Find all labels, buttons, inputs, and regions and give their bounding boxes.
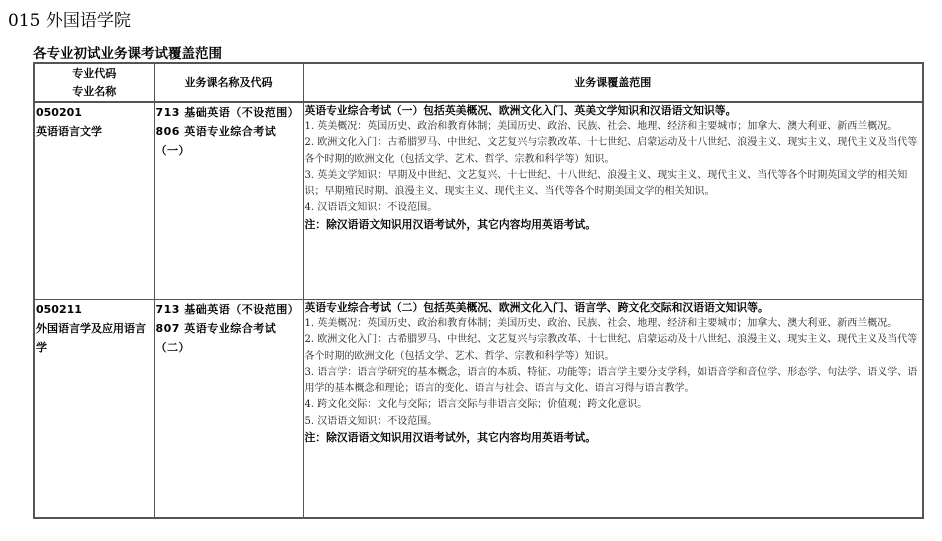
header-course: 业务课名称及代码 <box>154 63 303 102</box>
scope-item: 1. 英美概况：英国历史、政治和教育体制；美国历史、政治、民族、社会、地理、经济… <box>305 119 922 135</box>
major-cell: 050211 外国语言学及应用语言学 <box>34 300 154 519</box>
header-major-name: 专业名称 <box>36 83 153 101</box>
scope-item: 2. 欧洲文化入门：古希腊罗马、中世纪、文艺复兴与宗教改革、十七世纪、启蒙运动及… <box>305 135 922 168</box>
scope-item: 3. 英美文学知识：早期及中世纪、文艺复兴、十七世纪、十八世纪、浪漫主义、现实主… <box>305 168 922 201</box>
section-title: 各专业初试业务课考试覆盖范围 <box>33 42 222 62</box>
course-cell: 713 基础英语（不设范围） 806 英语专业综合考试（一） <box>154 102 303 300</box>
table-header-row: 专业代码 专业名称 业务课名称及代码 业务课覆盖范围 <box>34 63 923 102</box>
major-code: 050201 <box>36 103 153 122</box>
scope-heading: 英语专业综合考试（二）包括英美概况、欧洲文化入门、语言学、跨文化交际和汉语语文知… <box>305 300 922 316</box>
course-cell: 713 基础英语（不设范围） 807 英语专业综合考试（二） <box>154 300 303 519</box>
header-major: 专业代码 专业名称 <box>34 63 154 102</box>
scope-cell: 英语专业综合考试（一）包括英美概况、欧洲文化入门、英美文学知识和汉语语文知识等。… <box>303 102 923 300</box>
scope-item: 4. 跨文化交际：文化与交际；语言交际与非语言交际；价值观；跨文化意识。 <box>305 397 922 413</box>
exam-scope-table: 专业代码 专业名称 业务课名称及代码 业务课覆盖范围 050201 英语语言文学… <box>33 62 924 519</box>
scope-item: 2. 欧洲文化入门：古希腊罗马、中世纪、文艺复兴与宗教改革、十七世纪、启蒙运动及… <box>305 332 922 365</box>
scope-item: 5. 汉语语文知识：不设范围。 <box>305 414 922 430</box>
scope-note: 注：除汉语语文知识用汉语考试外，其它内容均用英语考试。 <box>305 217 922 233</box>
scope-note: 注：除汉语语文知识用汉语考试外，其它内容均用英语考试。 <box>305 430 922 446</box>
scope-item: 1. 英美概况：英国历史、政治和教育体制；美国历史、政治、民族、社会、地理、经济… <box>305 316 922 332</box>
course-item: 806 英语专业综合考试（一） <box>156 122 302 160</box>
major-cell: 050201 英语语言文学 <box>34 102 154 300</box>
major-name: 外国语言学及应用语言学 <box>36 319 153 357</box>
major-name: 英语语言文学 <box>36 122 153 141</box>
scope-heading: 英语专业综合考试（一）包括英美概况、欧洲文化入门、英美文学知识和汉语语文知识等。 <box>305 103 922 119</box>
document-title: 015 外国语学院 <box>8 6 131 31</box>
scope-cell: 英语专业综合考试（二）包括英美概况、欧洲文化入门、语言学、跨文化交际和汉语语文知… <box>303 300 923 519</box>
course-item: 713 基础英语（不设范围） <box>156 300 302 319</box>
table-row: 050211 外国语言学及应用语言学 713 基础英语（不设范围） 807 英语… <box>34 300 923 519</box>
header-major-code: 专业代码 <box>36 65 153 83</box>
scope-item: 3. 语言学：语言学研究的基本概念，语言的本质、特征、功能等；语言学主要分支学科… <box>305 365 922 398</box>
scope-item: 4. 汉语语文知识：不设范围。 <box>305 200 922 216</box>
course-item: 807 英语专业综合考试（二） <box>156 319 302 357</box>
table-row: 050201 英语语言文学 713 基础英语（不设范围） 806 英语专业综合考… <box>34 102 923 300</box>
header-scope: 业务课覆盖范围 <box>303 63 923 102</box>
course-item: 713 基础英语（不设范围） <box>156 103 302 122</box>
major-code: 050211 <box>36 300 153 319</box>
